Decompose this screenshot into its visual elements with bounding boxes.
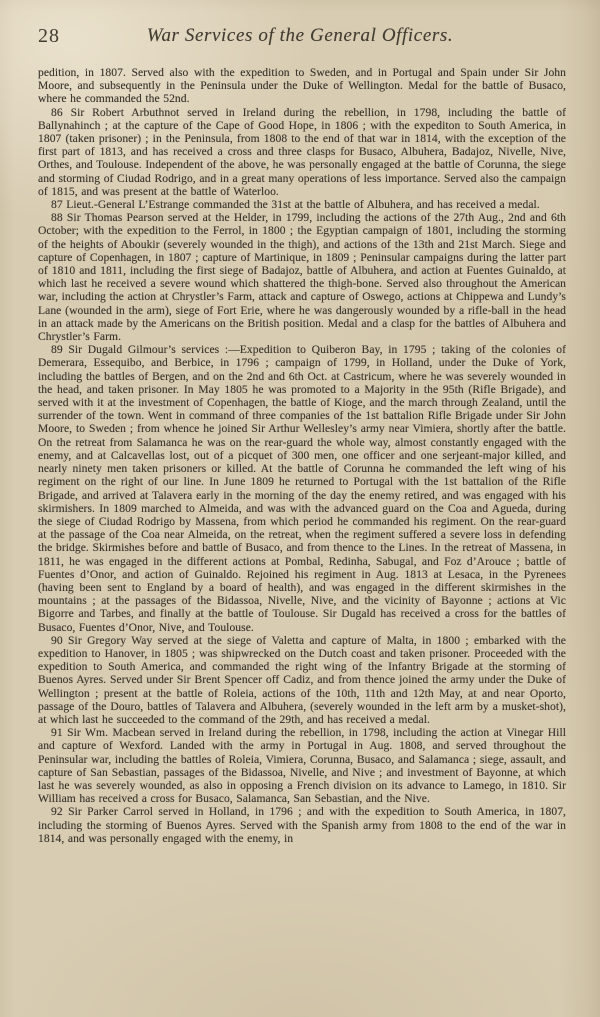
page-body: pedition, in 1807. Served also with the …: [38, 66, 566, 845]
paragraph-entry-90: 90 Sir Gregory Way served at the siege o…: [38, 634, 566, 726]
page-number: 28: [38, 25, 60, 48]
scanned-book-page: 28 War Services of the General Officers.…: [0, 0, 600, 1017]
paragraph-entry-88: 88 Sir Thomas Pearson served at the Held…: [38, 211, 566, 343]
paragraph-entry-87: 87 Lieut.-General L’Estrange commanded t…: [38, 198, 566, 211]
paragraph-entry-91: 91 Sir Wm. Macbean served in Ireland dur…: [38, 726, 566, 805]
paragraph-entry-92: 92 Sir Parker Carrol served in Holland, …: [38, 805, 566, 845]
paragraph-entry-86: 86 Sir Robert Arbuthnot served in Irelan…: [38, 106, 566, 198]
paragraph-continuation: pedition, in 1807. Served also with the …: [38, 66, 566, 106]
paragraph-entry-89: 89 Sir Dugald Gilmour’s services :—Exped…: [38, 343, 566, 633]
page-header: 28 War Services of the General Officers.: [0, 0, 600, 65]
page-title: War Services of the General Officers.: [0, 25, 600, 47]
